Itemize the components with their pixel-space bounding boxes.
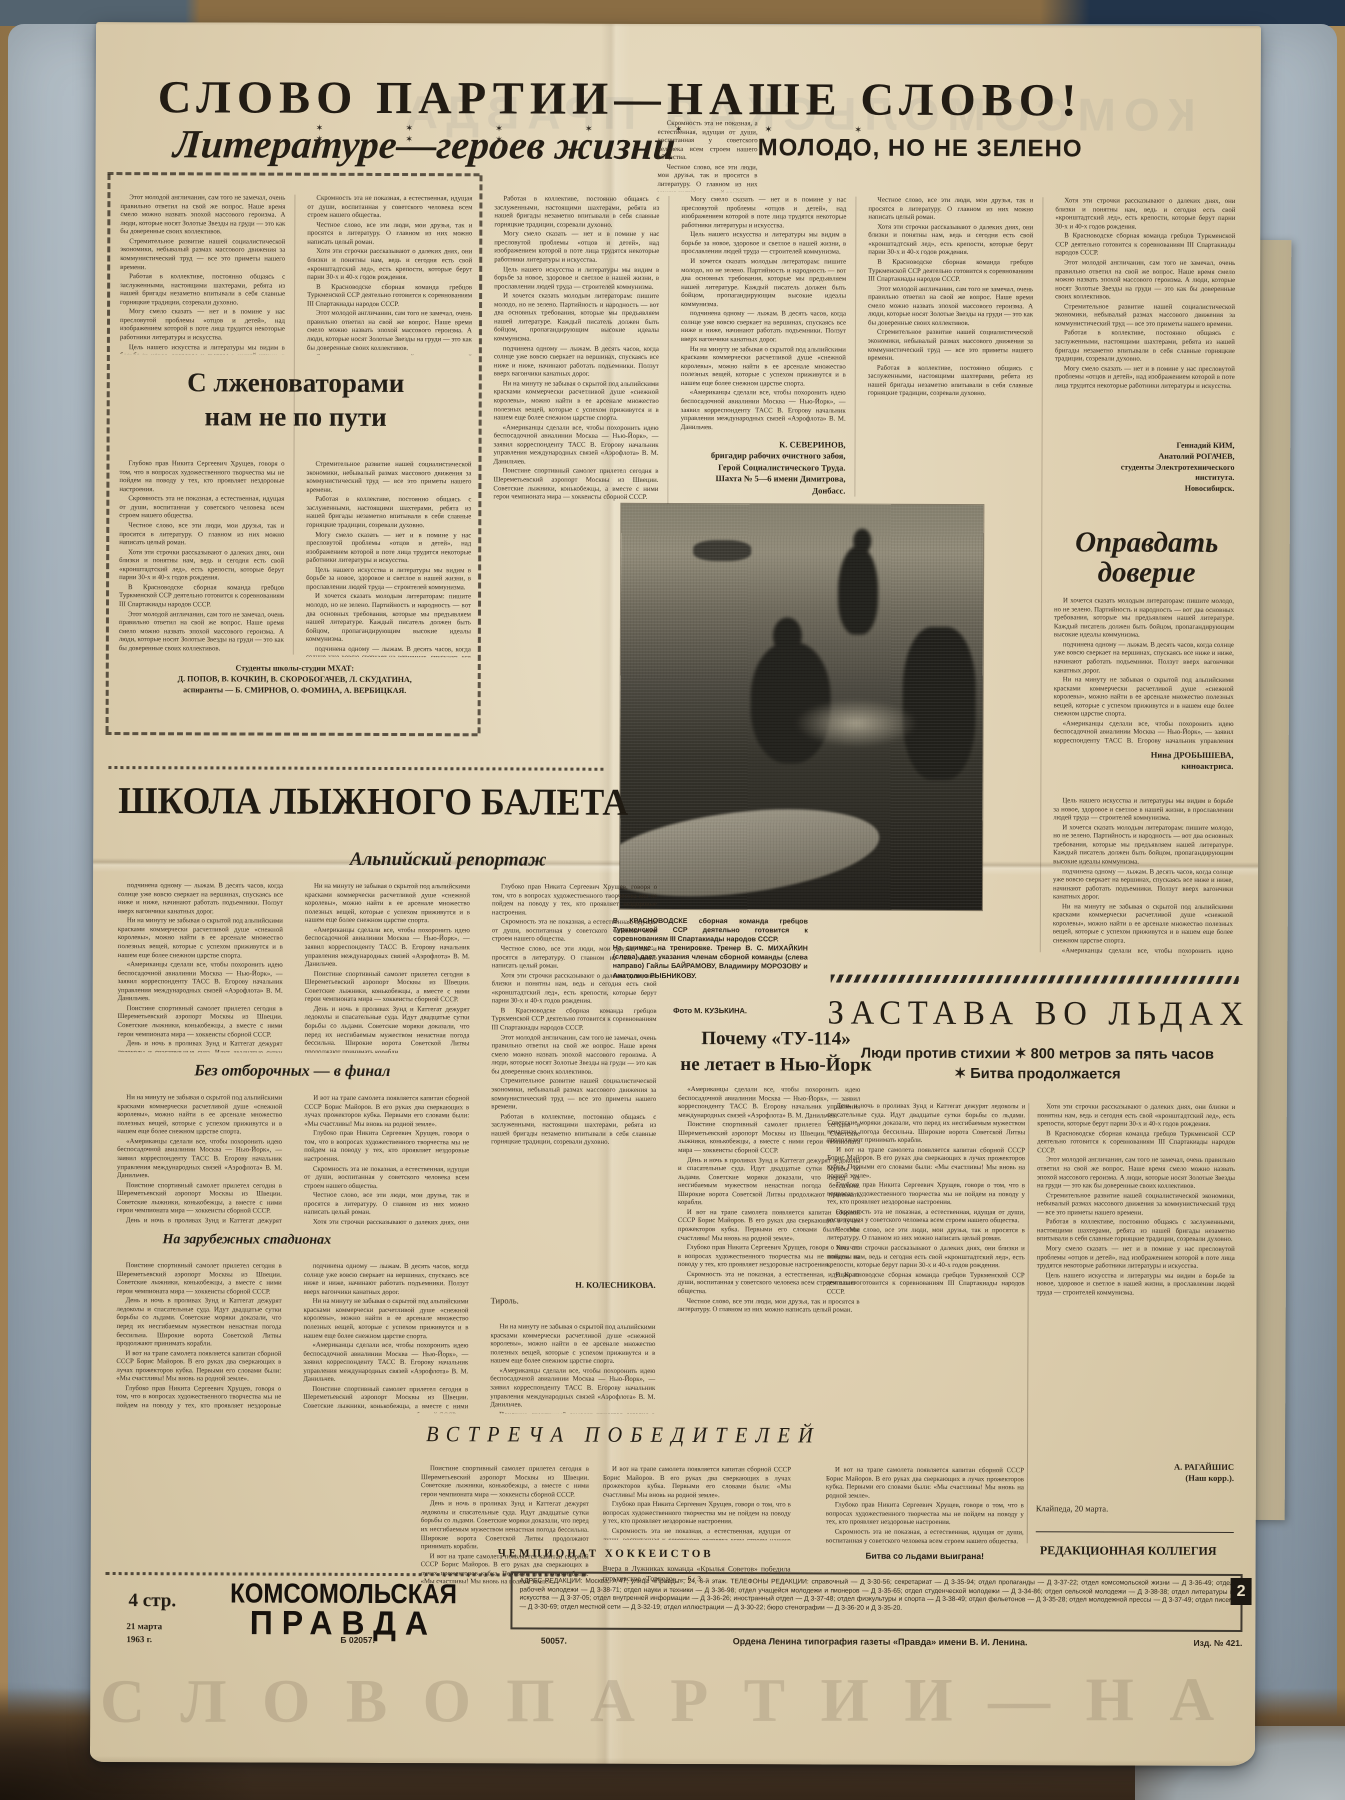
shkola-headline: ШКОЛА ЛЫЖНОГО БАЛЕТА [118,782,579,822]
column-rule [1027,1103,1030,1543]
newspaper-page: КОМСОМОЛЬСКАЯ ПРАВДА С Л О В О П А Р Т И… [90,22,1261,1766]
issue-number: Изд. № 421. [1194,1638,1243,1648]
football-subhead: Без отборочных — в финал [117,1062,467,1081]
text-column: Этот молодой англичанин, сам того не зам… [120,194,286,355]
text-column: Могу смело сказать — нет и в помине у на… [681,196,847,435]
footer-date: 21 марта 1963 г. [126,1620,162,1645]
text-column: И вот на трапе самолета появляется капит… [826,1467,1024,1546]
mkhat-signature: Студенты школы-студии МХАТ: Д. ПОПОВ, В.… [119,662,471,697]
vstrecha-headline: ВСТРЕЧА ПОБЕДИТЕЛЕЙ [426,1423,771,1446]
opravdat-headline: Оправдать доверие [1049,527,1244,589]
showthrough-ghost-bottom: С Л О В О П А Р Т И И — Н А Ш Е С Л О В … [100,1665,1250,1762]
print-code-1: Б 02057. [340,1635,375,1645]
column-rule [1040,197,1044,952]
text-column: Ни на минуту не забывая о скрытой под ал… [490,1323,655,1414]
text-column: Стремительное развитие нашей социалистич… [306,461,472,658]
zastava-subhead: Люди против стихии ✶ 800 метров за пять … [827,1045,1247,1086]
text-column: И вот на трапе самолета появляется капит… [304,1095,469,1226]
text-column: Цель нашего искусства и литературы мы ви… [1053,797,1234,956]
editorial-board: РЕДАКЦИОННАЯ КОЛЛЕГИЯ [1021,1543,1236,1559]
lzhe-subhead: С лженоваторами нам не по пути [120,366,472,435]
kolesnikova-byline: Н. КОЛЕСНИКОВА. [491,1279,656,1291]
page-number-badge: 2 [1231,1578,1252,1605]
molodo-headline: МОЛОДО, НО НЕ ЗЕЛЕНО [758,136,1163,161]
text-column: Глубоко прав Никита Сергеевич Хрущев, го… [119,460,285,657]
text-column: Хотя эти строчки рассказывают о далеких … [1055,197,1236,436]
newspaper-photo [620,504,983,910]
halftone-grain [620,504,983,910]
article-box-border [106,732,478,736]
text-column: подчинена одному — лыжам. В десять часов… [117,882,283,1053]
section-rule [108,766,603,771]
text-column: День и ночь в проливах Зунд и Каттегат д… [826,1103,1025,1462]
table-scene: КОМСОМОЛЬСКАЯ ПРАВДА С Л О В О П А Р Т И… [0,0,1345,1800]
ragaishis-place: Клайпеда, 20 марта. [1036,1503,1234,1514]
drobysheva-byline: Нина ДРОБЫШЕВА, киноактриса. [1053,749,1233,773]
kim-byline: Геннадий КИМ, Анатолий РОГАЧЕВ, студенты… [1054,440,1234,495]
kolesnikova-place: Тироль. [491,1295,656,1306]
text-column: Поистине спортивный самолет прилетел сег… [421,1465,589,1584]
column-rule [854,197,856,497]
bitva-line: Битва со льдами выиграна! [826,1551,1024,1562]
article-box-border [106,174,111,732]
lead-snippet-column: Скромность эта не показная, а естественн… [657,120,757,192]
zastava-headline: ЗАСТАВА ВО ЛЬДАХ [828,997,1231,1032]
printer-line: Ордена Ленина типография газеты «Правда»… [733,1636,1028,1647]
text-column: Поистине спортивный самолет прилетел сег… [116,1262,282,1413]
print-code-2: 50057. [541,1636,567,1646]
text-column: подчинена одному — лыжам. В десять часов… [303,1263,469,1414]
text-column: Хотя эти строчки рассказывают о далеких … [1036,1103,1235,1454]
text-column: Честное слово, все эти люди, мои друзья,… [867,197,1033,498]
article-box-border [108,172,480,176]
ragaishis-byline: А. РАГАЙШИС (Наш корр.). [1036,1461,1234,1485]
article-box-border [478,175,483,733]
hockey-heading: ЧЕМПИОНАТ ХОККЕИСТОВ [421,1547,791,1560]
footer-page-label: 4 стр. [128,1590,176,1612]
text-column: Скромность эта не показная, а естественн… [307,195,473,356]
footer-logo: КОМСОМОЛЬСКАЯ ПРАВДА [208,1582,478,1639]
text-column: Ни на минуту не забывая о скрытой под ал… [304,883,470,1054]
text-column: И вот на трапе самолета появляется капит… [603,1466,791,1541]
text-column: И хочется сказать молодым литераторам: п… [1054,597,1235,746]
editorial-rule [1036,1531,1234,1533]
zigzag-rule [831,975,1239,984]
footer-codes-row: Б 02057. 50057. Ордена Ленина типография… [340,1635,1242,1648]
address-box: АДРЕС РЕДАКЦИИ: Москва, А-47, улица «Пра… [510,1571,1242,1632]
main-headline: СЛОВО ПАРТИИ—НАШЕ СЛОВО! [158,74,1198,124]
severinov-byline: К. СЕВЕРИНОВ, бригадир рабочих очистного… [680,439,845,497]
text-column: Глубоко прав Никита Сергеевич Хрущев, го… [491,883,657,1274]
address-text: АДРЕС РЕДАКЦИИ: Москва, А-47, улица «Пра… [519,1577,1233,1625]
stadiony-subhead: На зарубежных стадионах [122,1232,372,1249]
alpine-subhead: Альпийский репортаж [283,849,613,872]
text-column: Ни на минуту не забывая о скрытой под ал… [117,1094,282,1225]
